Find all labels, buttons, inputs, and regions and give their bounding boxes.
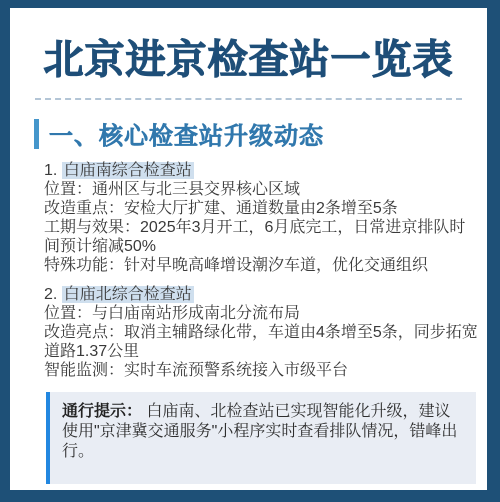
station-1-schedule-effect: 工期与效果：2025年3月开工，6月底完工，日常进京排队时间预计缩减50% — [44, 218, 480, 256]
section-heading: 一、核心检查站升级动态 — [34, 116, 487, 151]
station-block-2: 2. 白庙北综合检查站 位置：与白庙南站形成南北分流布局 改造亮点：取消主辅路绿… — [44, 285, 480, 380]
station-1-title: 1. 白庙南综合检查站 — [44, 161, 480, 180]
infographic-card: 北京进京检查站一览表 一、核心检查站升级动态 1. 白庙南综合检查站 位置：通州… — [0, 0, 500, 502]
station-1-renovation-focus: 改造重点：安检大厅扩建、通道数量由2条增至5条 — [44, 199, 480, 218]
section-heading-text: 一、核心检查站升级动态 — [49, 116, 324, 151]
station-1-special-function: 特殊功能：针对早晚高峰增设潮汐车道，优化交通组织 — [44, 256, 480, 275]
station-list: 1. 白庙南综合检查站 位置：通州区与北三县交界核心区域 改造重点：安检大厅扩建… — [44, 161, 480, 380]
station-2-smart-monitoring: 智能监测：实时车流预警系统接入市级平台 — [44, 361, 480, 380]
station-2-index: 2. — [44, 286, 57, 303]
station-1-name: 白庙南综合检查站 — [62, 162, 194, 179]
station-1-index: 1. — [44, 162, 57, 179]
station-2-location: 位置：与白庙南站形成南北分流布局 — [44, 304, 480, 323]
travel-tip-callout: 通行提示： 白庙南、北检查站已实现智能化升级，建议使用"京津冀交通服务"小程序实… — [46, 392, 476, 484]
station-1-location: 位置：通州区与北三县交界核心区域 — [44, 180, 480, 199]
tip-label: 通行提示： — [62, 403, 142, 420]
station-2-renovation-highlight: 改造亮点：取消主辅路绿化带，车道由4条增至5条，同步拓宽道路1.37公里 — [44, 323, 480, 361]
station-2-name: 白庙北综合检查站 — [62, 286, 194, 303]
dashed-divider — [35, 98, 462, 100]
station-2-title: 2. 白庙北综合检查站 — [44, 285, 480, 304]
heading-accent-bar — [34, 119, 39, 149]
page-title: 北京进京检查站一览表 — [10, 36, 487, 84]
station-block-1: 1. 白庙南综合检查站 位置：通州区与北三县交界核心区域 改造重点：安检大厅扩建… — [44, 161, 480, 275]
